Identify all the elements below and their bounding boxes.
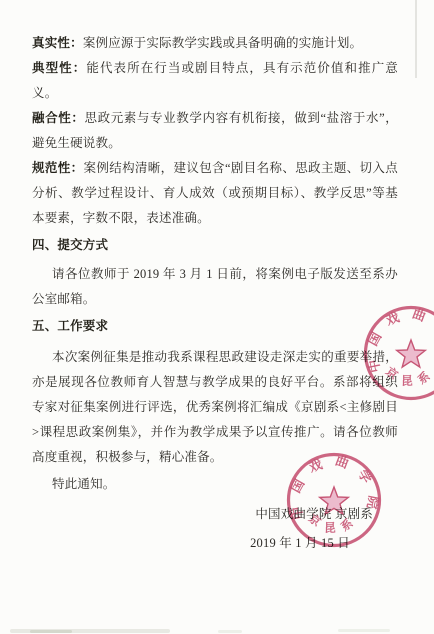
criterion-standardization-text: 案例结构清晰，建议包含“剧目名称、思政主题、切入点分析、教学过程设计、育人成效（… — [32, 161, 398, 225]
scan-artifact-line — [415, 0, 417, 78]
criterion-typicality-text: 能代表所在行当或剧目特点，具有示范价值和推广意义。 — [32, 61, 398, 100]
date-line: 2019 年 1 月 15 日 — [32, 531, 398, 556]
criterion-typicality-label: 典型性： — [32, 61, 86, 75]
criterion-standardization: 规范性：案例结构清晰，建议包含“剧目名称、思政主题、切入点分析、教学过程设计、育… — [32, 156, 398, 231]
closing-line: 特此通知。 — [32, 472, 398, 497]
scan-smudge — [338, 629, 390, 632]
criterion-standardization-label: 规范性： — [32, 161, 83, 175]
scanned-notice-page: 真实性：案例应源于实际教学实践或具备明确的实施计划。 典型性：能代表所在行当或剧… — [0, 0, 434, 634]
seal-star-icon — [397, 340, 426, 367]
scan-smudge — [218, 630, 242, 633]
criterion-authenticity-label: 真实性： — [32, 36, 83, 50]
criterion-integration: 融合性：思政元素与专业教学内容有机衔接，做到“盐溶于水”，避免生硬说教。 — [32, 106, 398, 156]
scan-smudge — [30, 630, 72, 633]
criterion-integration-label: 融合性： — [32, 111, 84, 125]
criterion-typicality: 典型性：能代表所在行当或剧目特点，具有示范价值和推广意义。 — [32, 56, 398, 106]
notice-body: 真实性：案例应源于实际教学实践或具备明确的实施计划。 典型性：能代表所在行当或剧… — [32, 31, 398, 556]
criterion-authenticity-text: 案例应源于实际教学实践或具备明确的实施计划。 — [83, 36, 362, 50]
section-submit-heading: 四、提交方式 — [32, 233, 398, 258]
criterion-integration-text: 思政元素与专业教学内容有机衔接，做到“盐溶于水”，避免生硬说教。 — [32, 111, 398, 150]
signature-line: 中国戏曲学院 京剧系 — [32, 502, 398, 527]
section-requirements-body: 本次案例征集是推动我系课程思政建设走深走实的重要举措，亦是展现各位教师育人智慧与… — [32, 345, 398, 470]
section-requirements-heading: 五、工作要求 — [32, 314, 398, 339]
criterion-authenticity: 真实性：案例应源于实际教学实践或具备明确的实施计划。 — [32, 31, 398, 56]
section-submit-body: 请各位教师于 2019 年 3 月 1 日前，将案例电子版发送至系办公室邮箱。 — [32, 262, 398, 312]
